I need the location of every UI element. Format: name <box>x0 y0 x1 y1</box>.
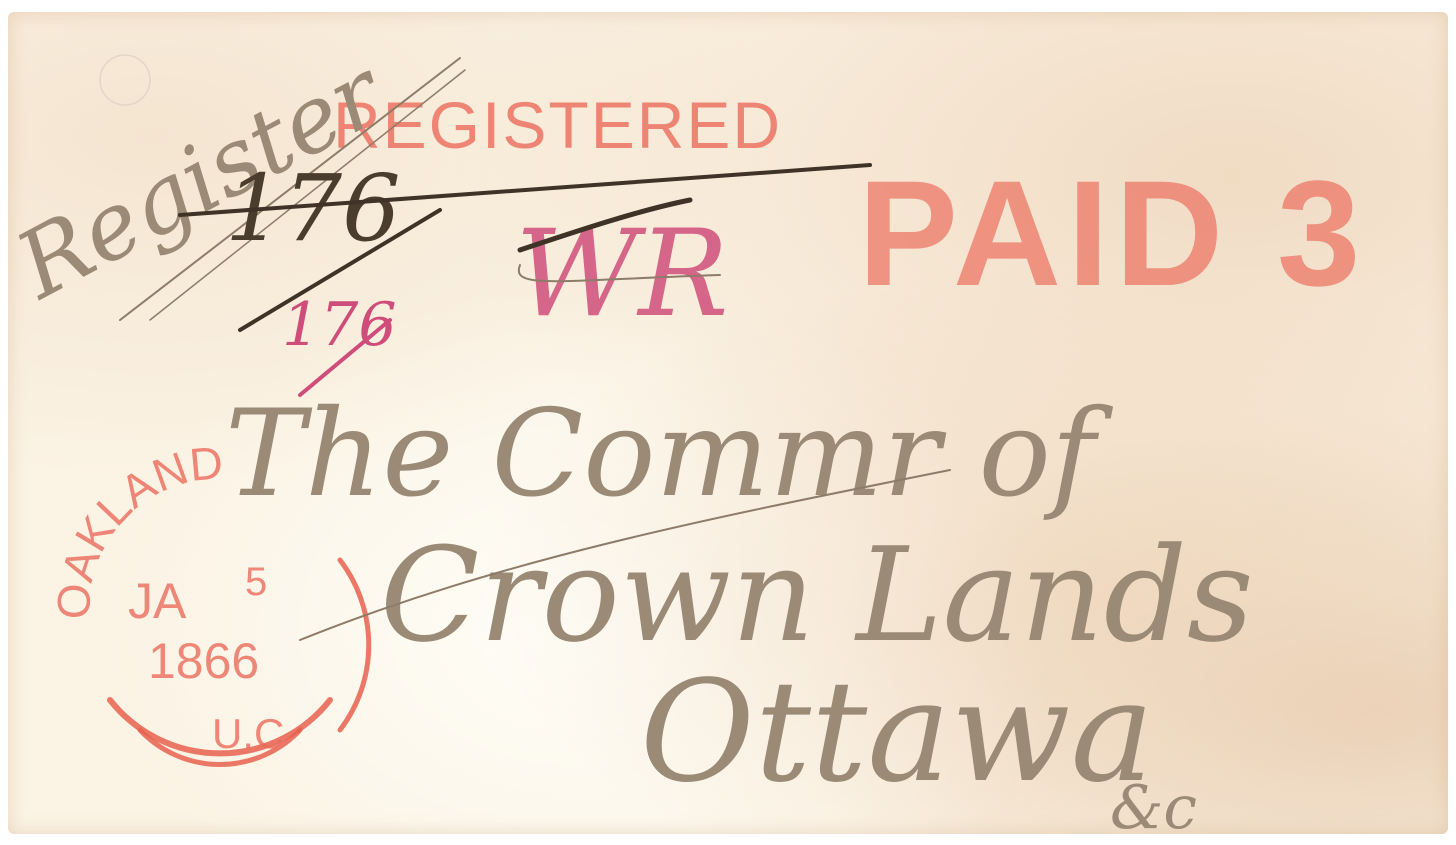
envelope-markings: REGISTERED PAID 3 OAKLAND JA 5 1866 U.C … <box>0 0 1456 845</box>
address-line-3: Ottawa <box>640 651 1154 814</box>
registration-number-magenta: 176 <box>282 290 397 360</box>
registered-stamp: REGISTERED <box>333 88 782 162</box>
address-line-1: The Commr of <box>225 385 1114 524</box>
embossed-seal <box>100 55 150 105</box>
paid-stamp: PAID 3 <box>858 149 1366 317</box>
address-line-4: &c <box>1110 773 1197 843</box>
postmark-day: 5 <box>245 560 267 604</box>
postmark-year: 1866 <box>148 633 259 689</box>
postmark-province: U.C <box>212 710 284 757</box>
initials-mark: WR <box>515 205 729 344</box>
postmark-month: JA <box>128 573 187 629</box>
address-line-2: Crown Lands <box>380 519 1254 671</box>
